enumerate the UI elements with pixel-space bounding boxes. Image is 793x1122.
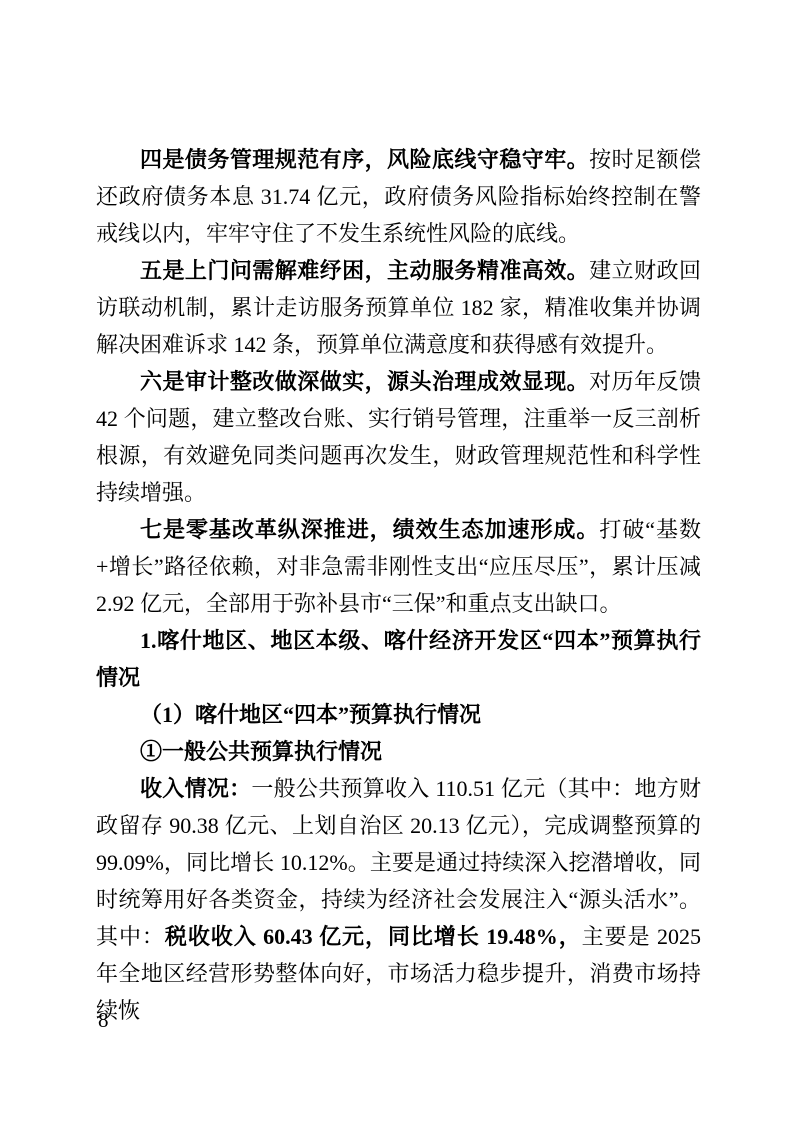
paragraph: 五是上门问需解难纾困，主动服务精准高效。建立财政回访联动机制，累计走访服务预算单… — [96, 252, 701, 363]
bold-text-segment: 1.喀什地区、地区本级、喀什经济开发区“四本”预算执行情况 — [96, 628, 701, 690]
paragraph: 七是零基改革纵深推进，绩效生态加速形成。打破“基数+增长”路径依赖，对非急需非刚… — [96, 511, 701, 622]
document-page: 四是债务管理规范有序，风险底线守稳守牢。按时足额偿还政府债务本息 31.74 亿… — [0, 0, 793, 1122]
bold-text-segment: 六是审计整改做深做实，源头治理成效显现。 — [140, 369, 589, 394]
section-heading: 1.喀什地区、地区本级、喀什经济开发区“四本”预算执行情况 — [96, 622, 701, 696]
bold-text-segment: 五是上门问需解难纾困，主动服务精准高效。 — [140, 258, 589, 283]
bold-text-segment: 四是债务管理规范有序，风险底线守稳守牢。 — [140, 147, 589, 172]
document-body: 四是债务管理规范有序，风险底线守稳守牢。按时足额偿还政府债务本息 31.74 亿… — [96, 141, 701, 1029]
bold-text-segment: ①一般公共预算执行情况 — [140, 739, 382, 764]
section-heading: ①一般公共预算执行情况 — [96, 733, 701, 770]
paragraph: 收入情况：一般公共预算收入 110.51 亿元（其中：地方财政留存 90.38 … — [96, 770, 701, 1029]
bold-text-segment: 七是零基改革纵深推进，绩效生态加速形成。 — [140, 517, 599, 542]
bold-text-segment: （1）喀什地区“四本”预算执行情况 — [140, 702, 481, 727]
bold-text-segment: 税收收入 60.43 亿元，同比增长 19.48%， — [165, 924, 582, 949]
page-number: 8 — [98, 1008, 109, 1033]
bold-text-segment: 收入情况： — [140, 776, 251, 801]
section-heading: （1）喀什地区“四本”预算执行情况 — [96, 696, 701, 733]
paragraph: 六是审计整改做深做实，源头治理成效显现。对历年反馈 42 个问题，建立整改台账、… — [96, 363, 701, 511]
paragraph: 四是债务管理规范有序，风险底线守稳守牢。按时足额偿还政府债务本息 31.74 亿… — [96, 141, 701, 252]
